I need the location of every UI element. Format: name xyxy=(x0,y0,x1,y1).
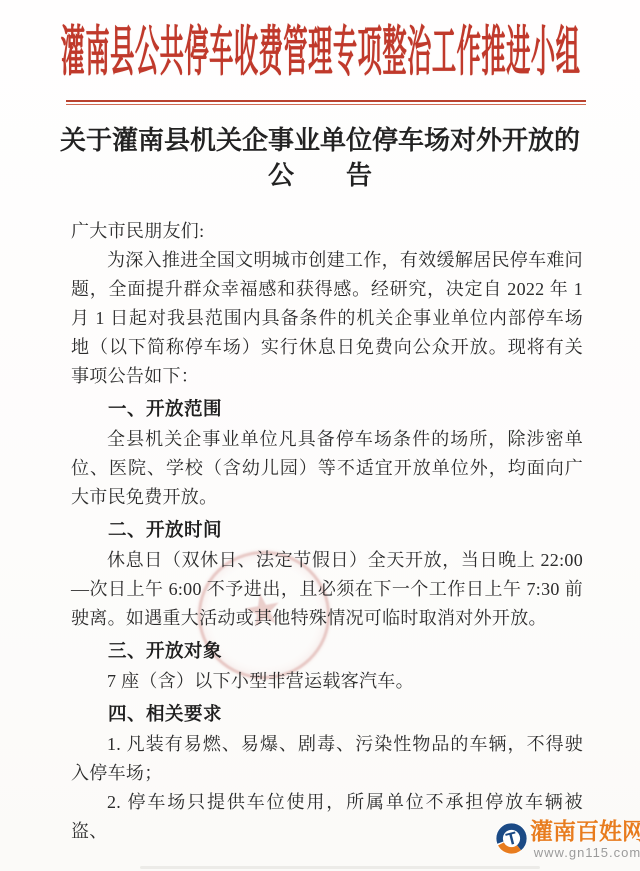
site-logo-icon: T xyxy=(495,822,528,855)
section-2-paragraph: 休息日（双休日、法定节假日）全天开放，当日晚上 22:00—次日上午 6:00 … xyxy=(71,546,583,633)
document-title: 关于灌南县机关企事业单位停车场对外开放的 公 告 xyxy=(0,123,640,193)
document-body: 广大市民朋友们: 为深入推进全国文明城市创建工作，有效缓解居民停车难问题，全面提… xyxy=(71,217,583,846)
site-name: 灌南百姓网 xyxy=(530,818,640,845)
site-url: www.gn115.com xyxy=(534,845,640,860)
section-3-heading: 三、开放对象 xyxy=(71,636,583,665)
title-line-2: 公 告 xyxy=(0,158,640,193)
site-watermark: T 灌南百姓网 www.gn115.com xyxy=(495,818,637,868)
intro-paragraph: 为深入推进全国文明城市创建工作，有效缓解居民停车难问题，全面提升群众幸福感和获得… xyxy=(71,246,583,391)
section-4-heading: 四、相关要求 xyxy=(71,699,583,728)
section-2-heading: 二、开放时间 xyxy=(71,515,583,544)
section-1-heading: 一、开放范围 xyxy=(71,394,583,423)
section-1-paragraph: 全县机关企事业单位凡具备停车场条件的场所，除涉密单位、医院、学校（含幼儿园）等不… xyxy=(71,425,583,512)
org-name: 灌南县公共停车收费管理专项整治工作推进小组 xyxy=(60,22,580,82)
salutation: 广大市民朋友们: xyxy=(71,217,583,246)
section-3-paragraph: 7 座（含）以下小型非营运载客汽车。 xyxy=(71,667,583,696)
section-4-paragraph-1: 1. 凡装有易燃、易爆、剧毒、污染性物品的车辆，不得驶入停车场； xyxy=(71,730,583,788)
logo-text-block: 灌南百姓网 www.gn115.com xyxy=(530,818,640,860)
scan-shadow xyxy=(140,866,540,869)
letterhead: 灌南县公共停车收费管理专项整治工作推进小组 xyxy=(0,22,640,86)
title-line-1: 关于灌南县机关企事业单位停车场对外开放的 xyxy=(0,123,640,158)
red-divider-line xyxy=(66,100,586,105)
document-page: 灌南县公共停车收费管理专项整治工作推进小组 关于灌南县机关企事业单位停车场对外开… xyxy=(0,0,640,871)
